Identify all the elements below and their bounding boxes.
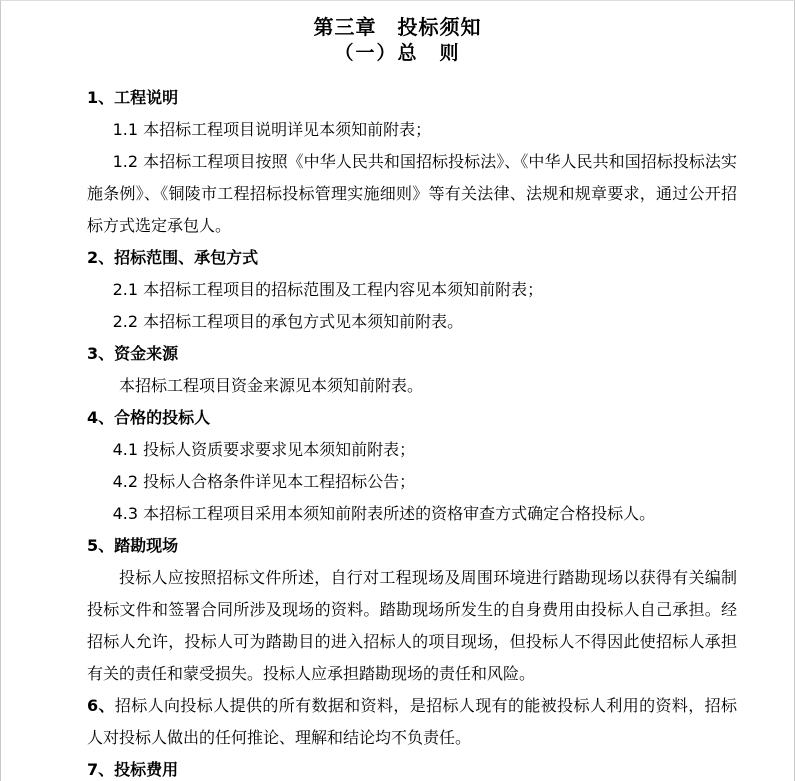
document-page: 第三章 投标须知 （一）总 则 1、工程说明 1.1 本招标工程项目说明详见本须… (0, 0, 795, 781)
section-1-paragraph-2: 1.2 本招标工程项目按照《中华人民共和国招标投标法》、《中华人民共和国招标投标… (87, 146, 737, 242)
section-1-paragraph-1: 1.1 本招标工程项目说明详见本须知前附表； (87, 114, 737, 146)
page-title: 第三章 投标须知 (1, 14, 794, 40)
section-4-heading: 4、合格的投标人 (87, 402, 737, 434)
section-2-heading: 2、招标范围、承包方式 (87, 242, 737, 274)
section-4-paragraph-2: 4.2 投标人合格条件详见本工程招标公告； (87, 466, 737, 498)
section-2-paragraph-1: 2.1 本招标工程项目的招标范围及工程内容见本须知前附表； (87, 274, 737, 306)
section-1-heading: 1、工程说明 (87, 82, 737, 114)
section-6-number: 6、 (87, 696, 115, 715)
section-4-paragraph-3: 4.3 本招标工程项目采用本须知前附表所述的资格审查方式确定合格投标人。 (87, 498, 737, 530)
section-5-heading: 5、踏勘现场 (87, 530, 737, 562)
section-3-heading: 3、资金来源 (87, 338, 737, 370)
section-5-paragraph-1: 投标人应按照招标文件所述，自行对工程现场及周围环境进行踏勘现场以获得有关编制投标… (87, 562, 737, 690)
section-4-paragraph-1: 4.1 投标人资质要求要求见本须知前附表； (87, 434, 737, 466)
section-7-heading: 7、投标费用 (87, 754, 737, 781)
section-6-text: 招标人向投标人提供的所有数据和资料，是招标人现有的能被投标人利用的资料，招标人对… (87, 696, 737, 747)
page-subtitle: （一）总 则 (1, 40, 794, 66)
section-2-paragraph-2: 2.2 本招标工程项目的承包方式见本须知前附表。 (87, 306, 737, 338)
section-3-paragraph-1: 本招标工程项目资金来源见本须知前附表。 (87, 370, 737, 402)
document-body: 1、工程说明 1.1 本招标工程项目说明详见本须知前附表； 1.2 本招标工程项… (1, 82, 794, 781)
section-6-paragraph: 6、招标人向投标人提供的所有数据和资料，是招标人现有的能被投标人利用的资料，招标… (87, 690, 737, 754)
